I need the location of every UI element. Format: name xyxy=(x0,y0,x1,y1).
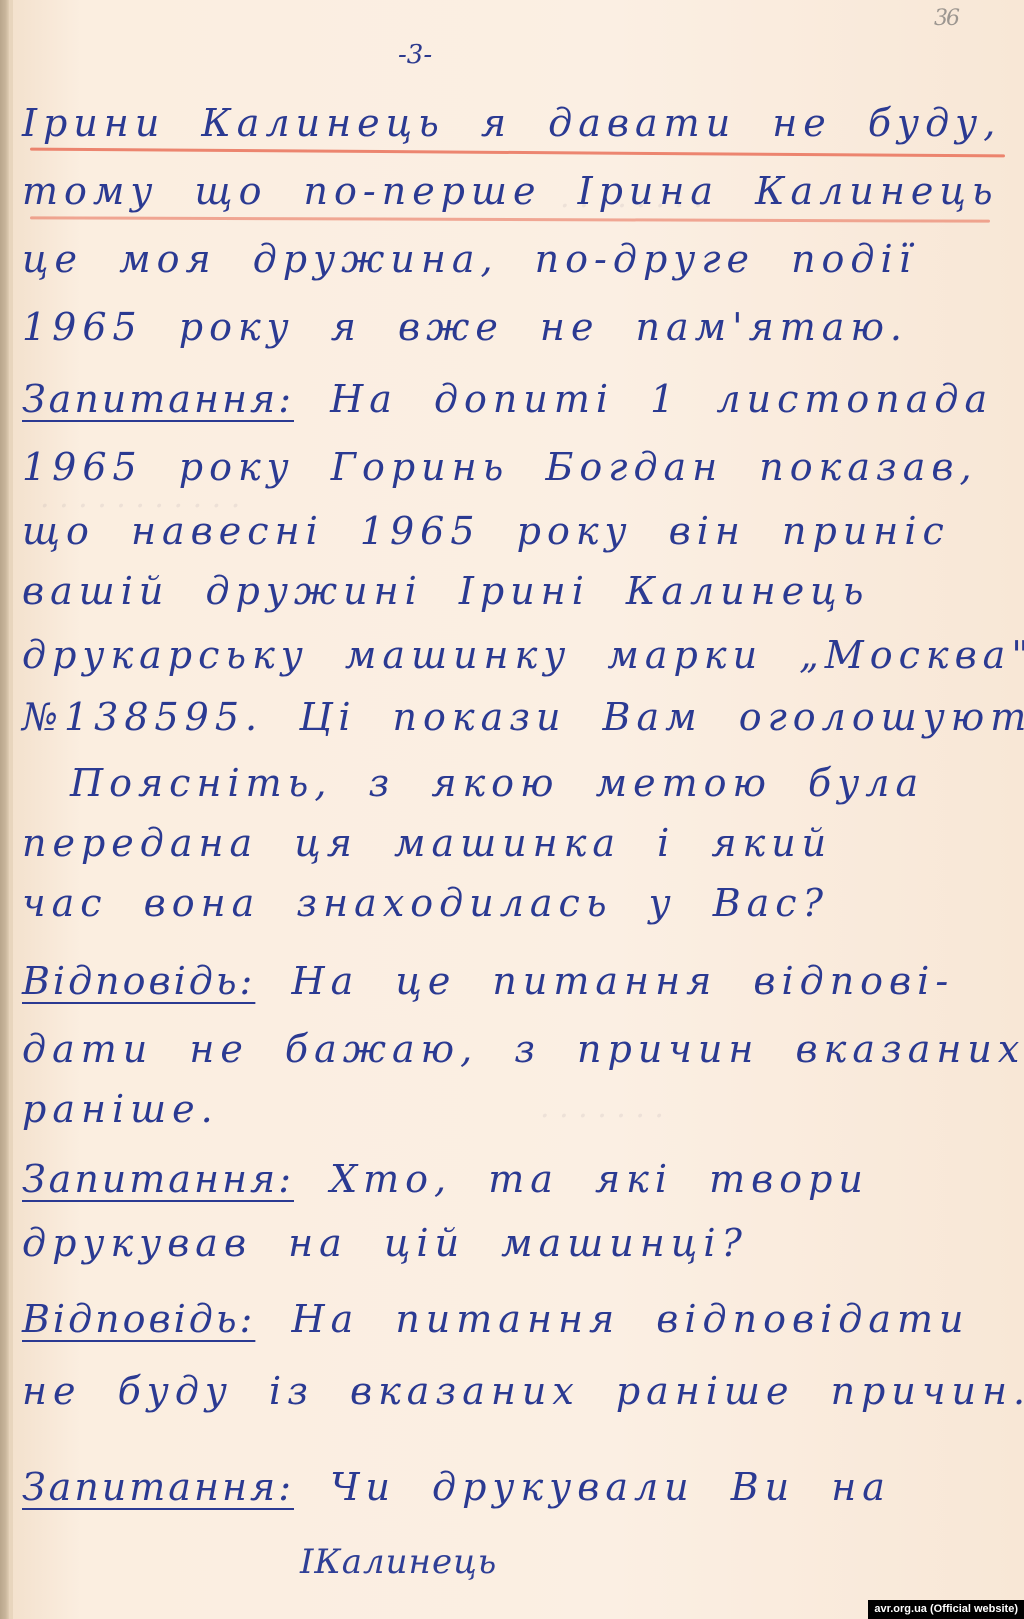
page-binding-edge xyxy=(0,0,9,1619)
text-line: раніше. xyxy=(22,1090,219,1128)
question-label: Запитання: xyxy=(22,1157,294,1201)
text-line: Поясніть, з якою метою була xyxy=(70,764,924,802)
text-line: не буду із вказаних раніше причин. xyxy=(22,1372,1024,1410)
text-line: Ірини Калинець я давати не буду, xyxy=(22,104,1001,142)
text-line: друкував на цій машинці? xyxy=(22,1224,748,1262)
line-text: передана ця машинка і який xyxy=(22,821,832,865)
question-line: Запитання: Хто, та які твори xyxy=(22,1160,869,1198)
document-page: . . . . . . . . . . . . . . . . . . . . … xyxy=(0,0,1024,1619)
answer-line: Відповідь: На питання відповідати xyxy=(22,1300,969,1338)
line-text: Ірини Калинець я давати не буду, xyxy=(22,101,1001,145)
line-text: не буду із вказаних раніше причин. xyxy=(22,1369,1024,1413)
line-text: 1965 року я вже не пам'ятаю. xyxy=(22,305,908,349)
text-line: дати не бажаю, з причин вказаних xyxy=(22,1030,1024,1068)
question-line: Запитання: Чи друкували Ви на xyxy=(22,1468,891,1506)
archive-page-number: 36 xyxy=(934,6,958,31)
line-text: Хто, та які твори xyxy=(330,1157,869,1201)
text-line: це моя дружина, по-друге події xyxy=(22,240,917,278)
answer-line: Відповідь: На це питання відпові- xyxy=(22,962,954,1000)
line-text: 1965 року Горинь Богдан показав, xyxy=(22,445,978,489)
text-line: вашій дружині Ірині Калинець xyxy=(22,572,869,610)
text-line: передана ця машинка і який xyxy=(22,824,832,862)
page-number: -3- xyxy=(398,40,432,70)
red-pencil-underline xyxy=(30,216,990,222)
bleed-through-text: . . . . . . . xyxy=(540,1090,664,1125)
source-watermark: avr.org.ua (Official website) xyxy=(868,1600,1024,1619)
line-text: тому що по-перше Ірина Калинець xyxy=(22,169,999,213)
line-text: що навесні 1965 року він приніс xyxy=(22,509,950,553)
red-pencil-underline xyxy=(30,148,1005,158)
line-text: вашій дружині Ірині Калинець xyxy=(22,569,869,613)
line-text: друкував на цій машинці? xyxy=(22,1221,748,1265)
question-line: Запитання: На допиті 1 листопада xyxy=(22,380,993,418)
line-text: друкарську машинку марки „Москва" xyxy=(22,633,1024,677)
text-line: 1965 року Горинь Богдан показав, xyxy=(22,448,978,486)
line-text: це моя дружина, по-друге події xyxy=(22,237,917,281)
text-line: тому що по-перше Ірина Калинець xyxy=(22,172,999,210)
line-text: дати не бажаю, з причин вказаних xyxy=(22,1027,1024,1071)
answer-label: Відповідь: xyxy=(22,1297,255,1341)
line-text: час вона знаходилась у Вас? xyxy=(22,881,829,925)
line-text: №138595. Ці покази Вам оголошуються. xyxy=(22,695,1024,739)
line-text: На допиті 1 листопада xyxy=(330,377,993,421)
line-text: Поясніть, з якою метою була xyxy=(70,761,924,805)
text-line: друкарську машинку марки „Москва" xyxy=(22,636,1024,674)
line-text: раніше. xyxy=(22,1087,219,1131)
question-label: Запитання: xyxy=(22,377,294,421)
answer-label: Відповідь: xyxy=(22,959,255,1003)
binding-shadow xyxy=(9,0,13,1619)
question-label: Запитання: xyxy=(22,1465,294,1509)
line-text: На питання відповідати xyxy=(291,1297,969,1341)
text-line: №138595. Ці покази Вам оголошуються. xyxy=(22,698,1024,736)
line-text: Чи друкували Ви на xyxy=(330,1465,891,1509)
signature: ІКалинець xyxy=(300,1542,497,1582)
text-line: що навесні 1965 року він приніс xyxy=(22,512,950,550)
line-text: На це питання відпові- xyxy=(291,959,954,1003)
text-line: час вона знаходилась у Вас? xyxy=(22,884,829,922)
text-line: 1965 року я вже не пам'ятаю. xyxy=(22,308,908,346)
